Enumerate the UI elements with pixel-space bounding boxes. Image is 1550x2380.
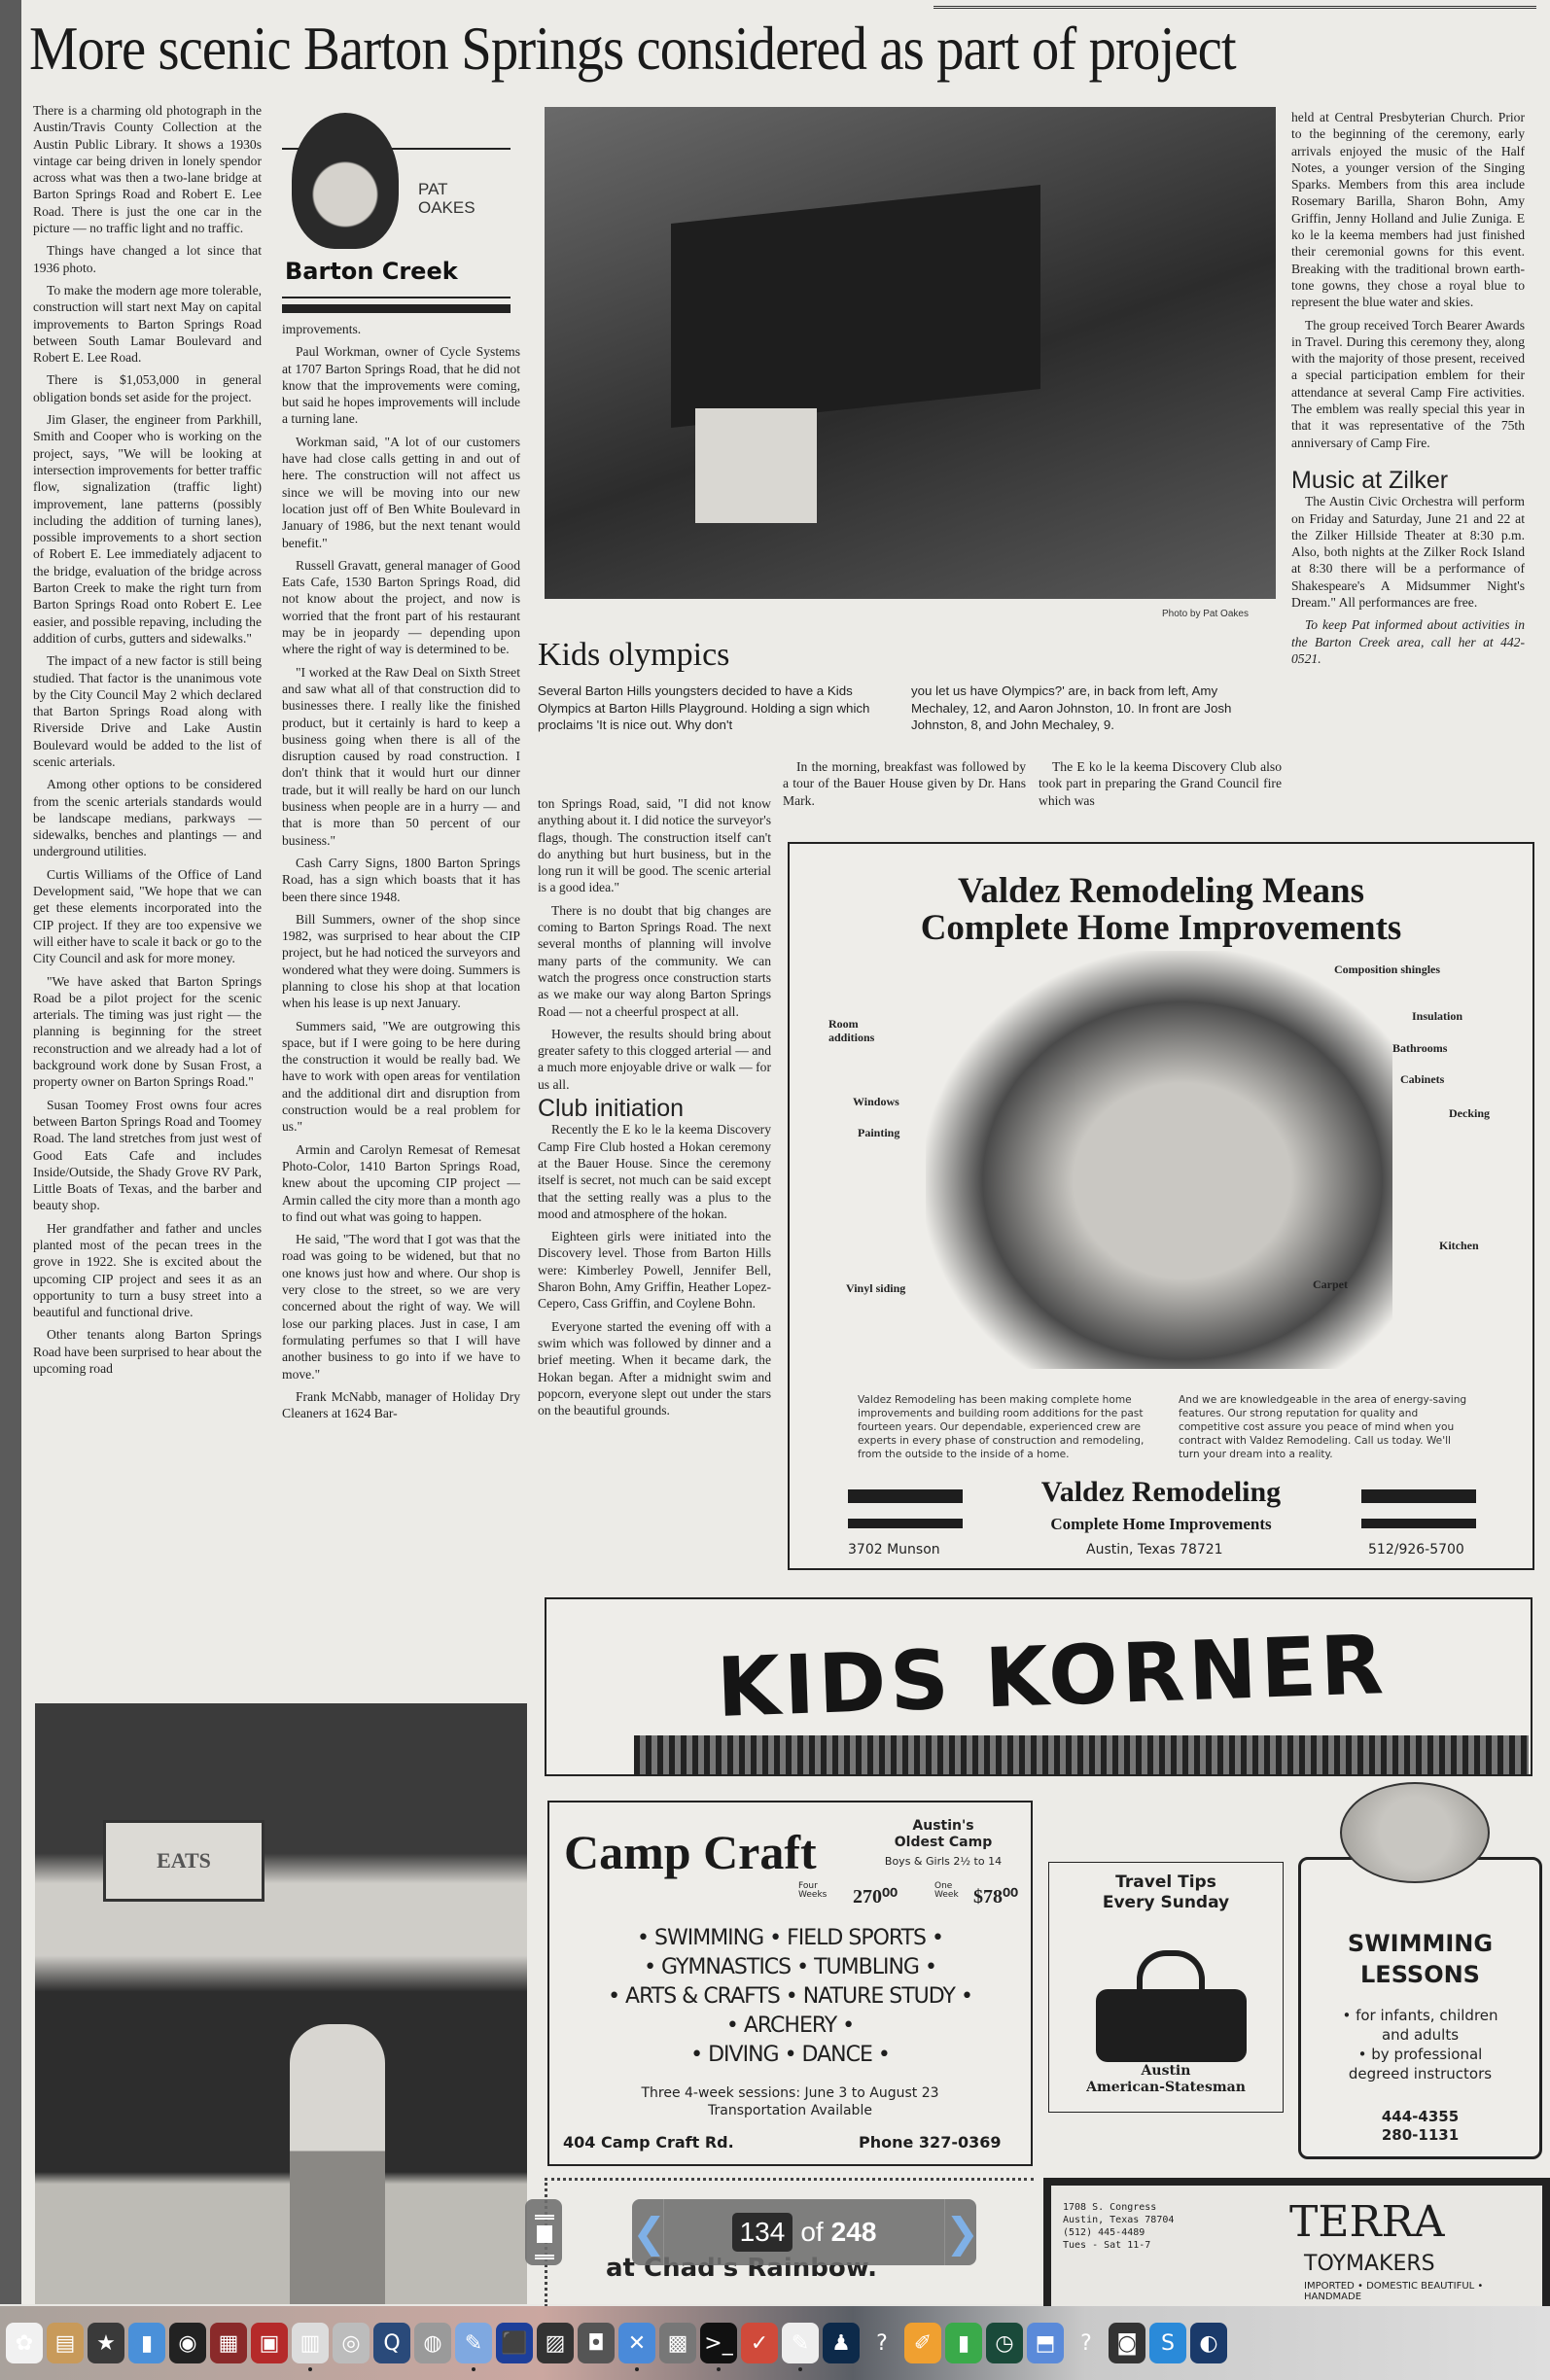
dock-app-image-capture[interactable]: ◎ xyxy=(333,2323,370,2363)
ad-tagline: Complete Home Improvements xyxy=(790,1515,1532,1534)
article-column-2: improvements. Paul Workman, owner of Cyc… xyxy=(282,321,520,1427)
paragraph: Her grandfather and father and uncles pl… xyxy=(33,1220,262,1321)
columnist-photo xyxy=(292,113,399,249)
paragraph: There is a charming old photograph in th… xyxy=(33,102,262,236)
valdez-remodeling-ad: Valdez Remodeling Means Complete Home Im… xyxy=(788,842,1534,1570)
columnist-header: PAT OAKES Barton Creek xyxy=(282,107,511,326)
section-heading-music-at-zilker: Music at Zilker xyxy=(1291,472,1525,489)
one-week-label: One Week xyxy=(934,1882,959,1900)
terra-toymakers-ad: 1708 S. Congress Austin, Texas 78704 (51… xyxy=(1043,2178,1550,2320)
person-figure xyxy=(290,2024,385,2304)
paragraph: Frank McNabb, manager of Holiday Dry Cle… xyxy=(282,1388,520,1422)
paragraph: In the morning, breakfast was followed b… xyxy=(783,758,1026,809)
paragraph: The Austin Civic Orchestra will perform … xyxy=(1291,493,1525,611)
imovie-icon: ★ xyxy=(96,2331,116,2356)
kindle-icon: ♟ xyxy=(831,2331,851,2356)
utility-icon: ⬒ xyxy=(1036,2331,1056,2356)
paragraph: The E ko le la keema Discovery Club also… xyxy=(1039,758,1282,809)
dock-app-utility[interactable]: ⬒ xyxy=(1027,2323,1064,2363)
paragraph: The group received Torch Bearer Awards i… xyxy=(1291,317,1525,451)
xquartz-icon: ✕ xyxy=(628,2331,646,2356)
terra-name: TERRA xyxy=(1289,2197,1445,2247)
vault-icon: ▩ xyxy=(668,2331,688,2356)
dock-app-terminal[interactable]: >_ xyxy=(700,2323,737,2363)
dock-app-pages[interactable]: ✐ xyxy=(904,2323,941,2363)
ad-logo: Valdez Remodeling xyxy=(790,1476,1532,1509)
dock-app-aperture[interactable]: ◉ xyxy=(169,2323,206,2363)
dock-app-photos[interactable]: ✿ xyxy=(6,2323,43,2363)
filmstrip-icon xyxy=(535,2215,554,2259)
paragraph: Bill Summers, owner of the shop since 19… xyxy=(282,911,520,1012)
paragraph: "We have asked that Barton Springs Road … xyxy=(33,973,262,1091)
dock-app-imovie[interactable]: ★ xyxy=(88,2323,124,2363)
dock-app-preview-red[interactable]: ▣ xyxy=(251,2323,288,2363)
dock-app-time-machine[interactable]: ◷ xyxy=(986,2323,1023,2363)
swim-phones: 444-4355 280-1131 xyxy=(1301,2108,1539,2145)
four-weeks-price: 270⁰⁰ xyxy=(853,1884,898,1908)
image-capture-icon: ◎ xyxy=(341,2331,360,2356)
paragraph: Armin and Carolyn Remesat of Remesat Pho… xyxy=(282,1141,520,1225)
time-machine-icon: ◷ xyxy=(995,2331,1013,2356)
missing-app-2-icon: ? xyxy=(1080,2331,1092,2356)
dock-app-screenshot[interactable]: ◘ xyxy=(578,2323,615,2363)
photo-caption-right: you let us have Olympics?' are, in back … xyxy=(911,682,1261,734)
dock-app-sketchbook-express[interactable]: S xyxy=(1149,2323,1186,2363)
paragraph: He said, "The word that I got was that t… xyxy=(282,1231,520,1382)
paragraph: "I worked at the Raw Deal on Sixth Stree… xyxy=(282,664,520,849)
paragraph: Susan Toomey Frost owns four acres betwe… xyxy=(33,1097,262,1214)
screenshot-icon: ◘ xyxy=(587,2331,604,2356)
dock-app-dvd-player[interactable]: ◍ xyxy=(414,2323,451,2363)
label-painting: Painting xyxy=(858,1126,899,1139)
paragraph: Other tenants along Barton Springs Road … xyxy=(33,1326,262,1377)
ad-address: 404 Camp Craft Rd. xyxy=(563,2133,734,2152)
scan-utility-icon: ⬛ xyxy=(501,2331,527,2356)
paragraph: Russell Gravatt, general manager of Good… xyxy=(282,557,520,658)
iphoto-book-icon: ▤ xyxy=(55,2331,76,2356)
dock: ✿▤★▮◉▦▣▥◎Q◍✎⬛▨◘✕▩>_✓✎♟?✐▮◷⬒?◙S◐ xyxy=(0,2306,1550,2380)
paragraph: Curtis Williams of the Office of Land De… xyxy=(33,866,262,967)
pages-icon: ✐ xyxy=(914,2331,932,2356)
missing-app-1-icon: ? xyxy=(876,2331,888,2356)
cafe-sign: EATS xyxy=(103,1820,264,1902)
dock-app-vault[interactable]: ▩ xyxy=(659,2323,696,2363)
article-column-4: In the morning, breakfast was followed b… xyxy=(783,758,1026,815)
olympics-banner xyxy=(671,185,1040,428)
divider xyxy=(282,304,511,313)
newspaper-brand: Austin American-Statesman xyxy=(1049,2063,1283,2096)
dock-app-scan-utility[interactable]: ⬛ xyxy=(496,2323,533,2363)
dock-app-textedit[interactable]: ✎ xyxy=(782,2323,819,2363)
page-indicator: 134 of 248 xyxy=(664,2213,944,2252)
label-insulation: Insulation xyxy=(1412,1009,1462,1023)
ad-oldest-camp: Austin's Oldest Camp xyxy=(861,1818,1026,1851)
ad-ages: Boys & Girls 2½ to 14 xyxy=(861,1855,1026,1868)
ad-phone: 512/926-5700 xyxy=(1368,1542,1464,1557)
quicktime-icon: Q xyxy=(383,2331,400,2356)
total-pages: 248 xyxy=(831,2217,877,2248)
photo-browser-icon: ▥ xyxy=(300,2331,321,2356)
paragraph: ton Springs Road, said, "I did not know … xyxy=(538,795,771,896)
columnist-name: PAT OAKES xyxy=(418,180,476,217)
swim-headline: SWIMMING LESSONS xyxy=(1301,1928,1539,1990)
label-carpet: Carpet xyxy=(1313,1277,1348,1291)
one-week-price: $78⁰⁰ xyxy=(973,1884,1018,1908)
dock-app-globe[interactable]: ◐ xyxy=(1190,2323,1227,2363)
article-column-3: ton Springs Road, said, "I did not know … xyxy=(538,795,771,1424)
divider xyxy=(282,297,511,298)
sketchbook-express-icon: S xyxy=(1161,2331,1175,2356)
headline: More scenic Barton Springs considered as… xyxy=(29,14,1377,85)
kids-korner-banner: KIDS KORNER xyxy=(545,1597,1532,1776)
dock-app-xquartz[interactable]: ✕ xyxy=(618,2323,655,2363)
paragraph: There is no doubt that big changes are c… xyxy=(538,902,771,1020)
paragraph: However, the results should bring about … xyxy=(538,1026,771,1093)
dock-app-missing-app-1[interactable]: ? xyxy=(863,2323,900,2363)
camp-craft-ad: Camp Craft Austin's Oldest Camp Boys & G… xyxy=(547,1801,1033,2166)
swimming-lessons-ad: SWIMMING LESSONS • for infants, children… xyxy=(1298,1857,1542,2159)
ad-phone: Phone 327-0369 xyxy=(859,2133,1002,2152)
section-heading-club-initiation: Club initiation xyxy=(538,1101,771,1117)
paragraph: To make the modern age more tolerable, c… xyxy=(33,282,262,366)
photo-booth-icon: ▦ xyxy=(219,2331,239,2356)
numbers-icon: ▮ xyxy=(958,2331,969,2356)
printer-icon: ▨ xyxy=(546,2331,566,2356)
paragraph: Workman said, "A lot of our customers ha… xyxy=(282,434,520,551)
dock-app-tasks[interactable]: ✓ xyxy=(741,2323,778,2363)
paragraph: Everyone started the evening off with a … xyxy=(538,1318,771,1419)
dock-app-iphoto-book[interactable]: ▤ xyxy=(47,2323,84,2363)
paragraph: Eighteen girls were initiated into the D… xyxy=(538,1228,771,1312)
terra-subtitle: TOYMAKERS xyxy=(1304,2252,1435,2276)
previous-page-button[interactable]: ❮ xyxy=(632,2209,663,2257)
whale-illustration xyxy=(1340,1782,1490,1883)
section-heading-kids-olympics: Kids olympics xyxy=(538,637,729,674)
good-eats-cafe-photo: EATS xyxy=(35,1703,527,2304)
travel-headline: Travel Tips Every Sunday xyxy=(1049,1872,1283,1913)
thumbnails-button[interactable] xyxy=(525,2199,562,2265)
paragraph: Recently the E ko le la keema Discovery … xyxy=(538,1121,771,1222)
paragraph: Paul Workman, owner of Cycle Systems at … xyxy=(282,343,520,427)
ad-title: Camp Craft xyxy=(564,1824,817,1880)
photo-credit: Photo by Pat Oakes xyxy=(1162,609,1249,619)
article-column-6: held at Central Presbyterian Church. Pri… xyxy=(1291,109,1525,673)
scanner-icon: ✎ xyxy=(465,2331,482,2356)
label-kitchen: Kitchen xyxy=(1439,1239,1479,1252)
ad-headline: Valdez Remodeling Means Complete Home Im… xyxy=(790,873,1532,947)
dvd-player-icon: ◍ xyxy=(423,2331,441,2356)
four-weeks-label: Four Weeks xyxy=(798,1882,827,1900)
photos-icon: ✿ xyxy=(16,2331,33,2356)
dock-app-numbers[interactable]: ▮ xyxy=(945,2323,982,2363)
hand-sign xyxy=(695,408,817,523)
dock-app-camera-tool[interactable]: ◙ xyxy=(1109,2323,1145,2363)
paragraph: Cash Carry Signs, 1800 Barton Springs Ro… xyxy=(282,855,520,905)
paragraph: Things have changed a lot since that 193… xyxy=(33,242,262,276)
label-vinyl-siding: Vinyl siding xyxy=(846,1281,905,1295)
next-page-button[interactable]: ❯ xyxy=(945,2209,976,2257)
ad-blurb-left: Valdez Remodeling has been making comple… xyxy=(858,1393,1149,1461)
dock-app-quicktime[interactable]: Q xyxy=(373,2323,410,2363)
label-composition-shingles: Composition shingles xyxy=(1334,962,1440,976)
paragraph: held at Central Presbyterian Church. Pri… xyxy=(1291,109,1525,311)
activities-list: • SWIMMING • FIELD SPORTS • • GYMNASTICS… xyxy=(549,1924,1031,2070)
dock-app-photo-browser[interactable]: ▥ xyxy=(292,2323,329,2363)
swim-details: • for infants, children and adults • by … xyxy=(1301,2006,1539,2083)
suitcase-icon xyxy=(1096,1989,1247,2062)
page-edge-shadow xyxy=(0,0,21,2304)
photo-caption-left: Several Barton Hills youngsters decided … xyxy=(538,682,888,734)
current-page-input[interactable]: 134 xyxy=(732,2213,793,2252)
ad-blurb-right: And we are knowledgeable in the area of … xyxy=(1179,1393,1470,1461)
label-windows: Windows xyxy=(853,1095,899,1108)
aperture-icon: ◉ xyxy=(178,2331,196,2356)
keynote-icon: ▮ xyxy=(141,2331,153,2356)
label-decking: Decking xyxy=(1449,1106,1490,1120)
travel-tips-ad: Travel Tips Every Sunday Austin American… xyxy=(1048,1862,1284,2113)
paragraph: Among other options to be considered fro… xyxy=(33,776,262,859)
dock-app-printer[interactable]: ▨ xyxy=(537,2323,574,2363)
article-column-5: The E ko le la keema Discovery Club also… xyxy=(1039,758,1282,815)
terminal-icon: >_ xyxy=(704,2331,732,2356)
terra-tagline: IMPORTED • DOMESTIC BEAUTIFUL • HANDMADE xyxy=(1304,2281,1542,2302)
of-label: of xyxy=(800,2217,823,2248)
label-cabinets: Cabinets xyxy=(1400,1072,1444,1086)
kids-korner-logo: KIDS KORNER xyxy=(716,1617,1390,1735)
page-navigator: ❮ 134 of 248 ❯ xyxy=(632,2199,976,2265)
paragraph: improvements. xyxy=(282,321,520,337)
dock-app-scanner[interactable]: ✎ xyxy=(455,2323,492,2363)
dock-app-kindle[interactable]: ♟ xyxy=(823,2323,860,2363)
paragraph: There is $1,053,000 in general obligatio… xyxy=(33,371,262,405)
column-tagline: To keep Pat informed about activities in… xyxy=(1291,616,1525,667)
globe-icon: ◐ xyxy=(1199,2331,1217,2356)
camera-tool-icon: ◙ xyxy=(1116,2331,1137,2356)
label-bathrooms: Bathrooms xyxy=(1392,1041,1447,1055)
newspaper-page: More scenic Barton Springs considered as… xyxy=(0,0,1550,2304)
ad-city: Austin, Texas 78721 xyxy=(1086,1542,1223,1557)
dock-app-keynote[interactable]: ▮ xyxy=(128,2323,165,2363)
column-title: Barton Creek xyxy=(285,258,458,285)
terra-address: 1708 S. Congress Austin, Texas 78704 (51… xyxy=(1063,2201,1174,2252)
dock-app-missing-app-2[interactable]: ? xyxy=(1068,2323,1105,2363)
article-column-1: There is a charming old photograph in th… xyxy=(33,102,262,1382)
preview-red-icon: ▣ xyxy=(260,2331,280,2356)
sessions-info: Three 4-week sessions: June 3 to August … xyxy=(549,2084,1031,2119)
header-rule xyxy=(934,0,1536,9)
kids-olympics-photo xyxy=(545,107,1276,599)
label-room-additions: Room additions xyxy=(828,1017,887,1044)
paragraph: Jim Glaser, the engineer from Parkhill, … xyxy=(33,411,262,647)
dock-app-photo-booth[interactable]: ▦ xyxy=(210,2323,247,2363)
paragraph: Summers said, "We are outgrowing this sp… xyxy=(282,1018,520,1136)
tasks-icon: ✓ xyxy=(751,2331,768,2356)
ad-address: 3702 Munson xyxy=(848,1542,940,1557)
textedit-icon: ✎ xyxy=(792,2331,809,2356)
house-illustration xyxy=(926,951,1392,1369)
paragraph: The impact of a new factor is still bein… xyxy=(33,652,262,770)
grass-illustration xyxy=(634,1735,1529,1774)
